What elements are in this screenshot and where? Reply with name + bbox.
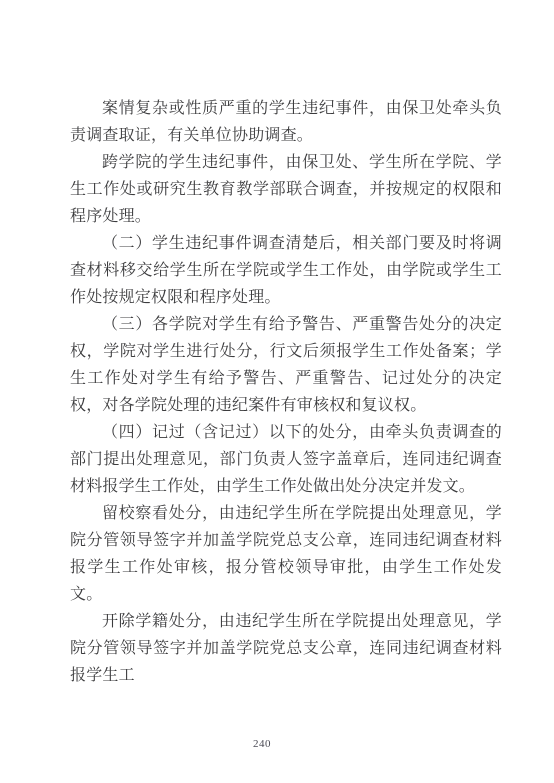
- paragraph: 跨学院的学生违纪事件，由保卫处、学生所在学院、学生工作处或研究生教育教学部联合调…: [70, 149, 502, 230]
- body-text: 案情复杂或性质严重的学生违纪事件，由保卫处牵头负责调查取证，有关单位协助调查。 …: [70, 95, 502, 689]
- document-page: 案情复杂或性质严重的学生违纪事件，由保卫处牵头负责调查取证，有关单位协助调查。 …: [0, 0, 554, 783]
- page-number: 240: [0, 738, 524, 750]
- paragraph: （三）各学院对学生有给予警告、严重警告处分的决定权，学院对学生进行处分，行文后须…: [70, 311, 502, 419]
- paragraph: 开除学籍处分，由违纪学生所在学院提出处理意见，学院分管领导签字并加盖学院党总支公…: [70, 608, 502, 689]
- paragraph: 留校察看处分，由违纪学生所在学院提出处理意见，学院分管领导签字并加盖学院党总支公…: [70, 500, 502, 608]
- paragraph: （四）记过（含记过）以下的处分，由牵头负责调查的部门提出处理意见，部门负责人签字…: [70, 419, 502, 500]
- paragraph: 案情复杂或性质严重的学生违纪事件，由保卫处牵头负责调查取证，有关单位协助调查。: [70, 95, 502, 149]
- paragraph: （二）学生违纪事件调查清楚后，相关部门要及时将调查材料移交给学生所在学院或学生工…: [70, 230, 502, 311]
